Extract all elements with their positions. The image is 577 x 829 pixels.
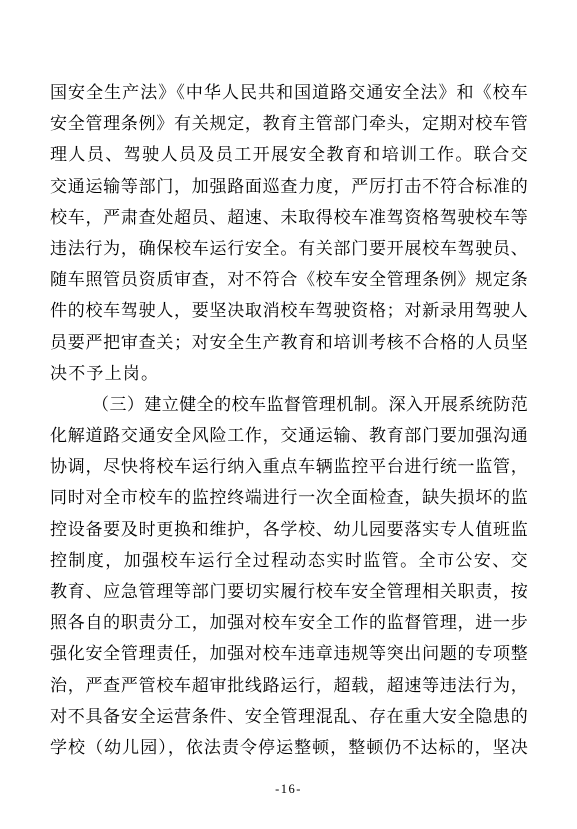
- text-line: 校车，严肃查处超员、超速、未取得校车准驾资格驾驶校车等: [50, 202, 528, 233]
- text-line: 员要严把审查关；对安全生产教育和培训考核不合格的人员坚: [50, 327, 528, 358]
- text-line: 国安全生产法》《中华人民共和国道路交通安全法》和《校车: [50, 77, 528, 108]
- text-line: 学校（幼儿园），依法责令停运整顿，整顿仍不达标的，坚决: [50, 732, 528, 763]
- page-footer: -16-: [0, 780, 577, 798]
- text-line: 控设备要及时更换和维护，各学校、幼儿园要落实专人值班监: [50, 514, 528, 545]
- text-line: 安全管理条例》有关规定，教育主管部门牵头，定期对校车管: [50, 108, 528, 139]
- text-line: 随车照管员资质审查，对不符合《校车安全管理条例》规定条: [50, 264, 528, 295]
- text-line: 同时对全市校车的监控终端进行一次全面检查，缺失损坏的监: [50, 482, 528, 513]
- document-page: 国安全生产法》《中华人民共和国道路交通安全法》和《校车 安全管理条例》有关规定，…: [0, 0, 577, 829]
- body-text: 国安全生产法》《中华人民共和国道路交通安全法》和《校车 安全管理条例》有关规定，…: [50, 77, 528, 763]
- text-line: 理人员、驾驶人员及员工开展安全教育和培训工作。联合交警、: [50, 139, 528, 170]
- text-line: 控制度，加强校车运行全过程动态实时监管。全市公安、交通、: [50, 545, 528, 576]
- text-line: 强化安全管理责任，加强对校车违章违规等突出问题的专项整: [50, 638, 528, 669]
- text-line: 照各自的职责分工，加强对校车安全工作的监督管理，进一步: [50, 607, 528, 638]
- text-line: 交通运输等部门，加强路面巡查力度，严厉打击不符合标准的: [50, 171, 528, 202]
- text-line: 教育、应急管理等部门要切实履行校车安全管理相关职责，按: [50, 576, 528, 607]
- page-number: -16-: [275, 782, 302, 797]
- text-line: 化解道路交通安全风险工作，交通运输、教育部门要加强沟通: [50, 420, 528, 451]
- text-line: 对不具备安全运营条件、安全管理混乱、存在重大安全隐患的: [50, 701, 528, 732]
- text-line: 件的校车驾驶人，要坚决取消校车驾驶资格；对新录用驾驶人: [50, 295, 528, 326]
- text-line: 违法行为，确保校车运行安全。有关部门要开展校车驾驶员、: [50, 233, 528, 264]
- text-line: 协调，尽快将校车运行纳入重点车辆监控平台进行统一监管，: [50, 451, 528, 482]
- text-line-paragraph-start: （三）建立健全的校车监督管理机制。深入开展系统防范: [50, 389, 528, 420]
- text-line: 治，严查严管校车超审批线路运行，超载，超速等违法行为，: [50, 670, 528, 701]
- text-line-paragraph-end: 决不予上岗。: [50, 358, 528, 389]
